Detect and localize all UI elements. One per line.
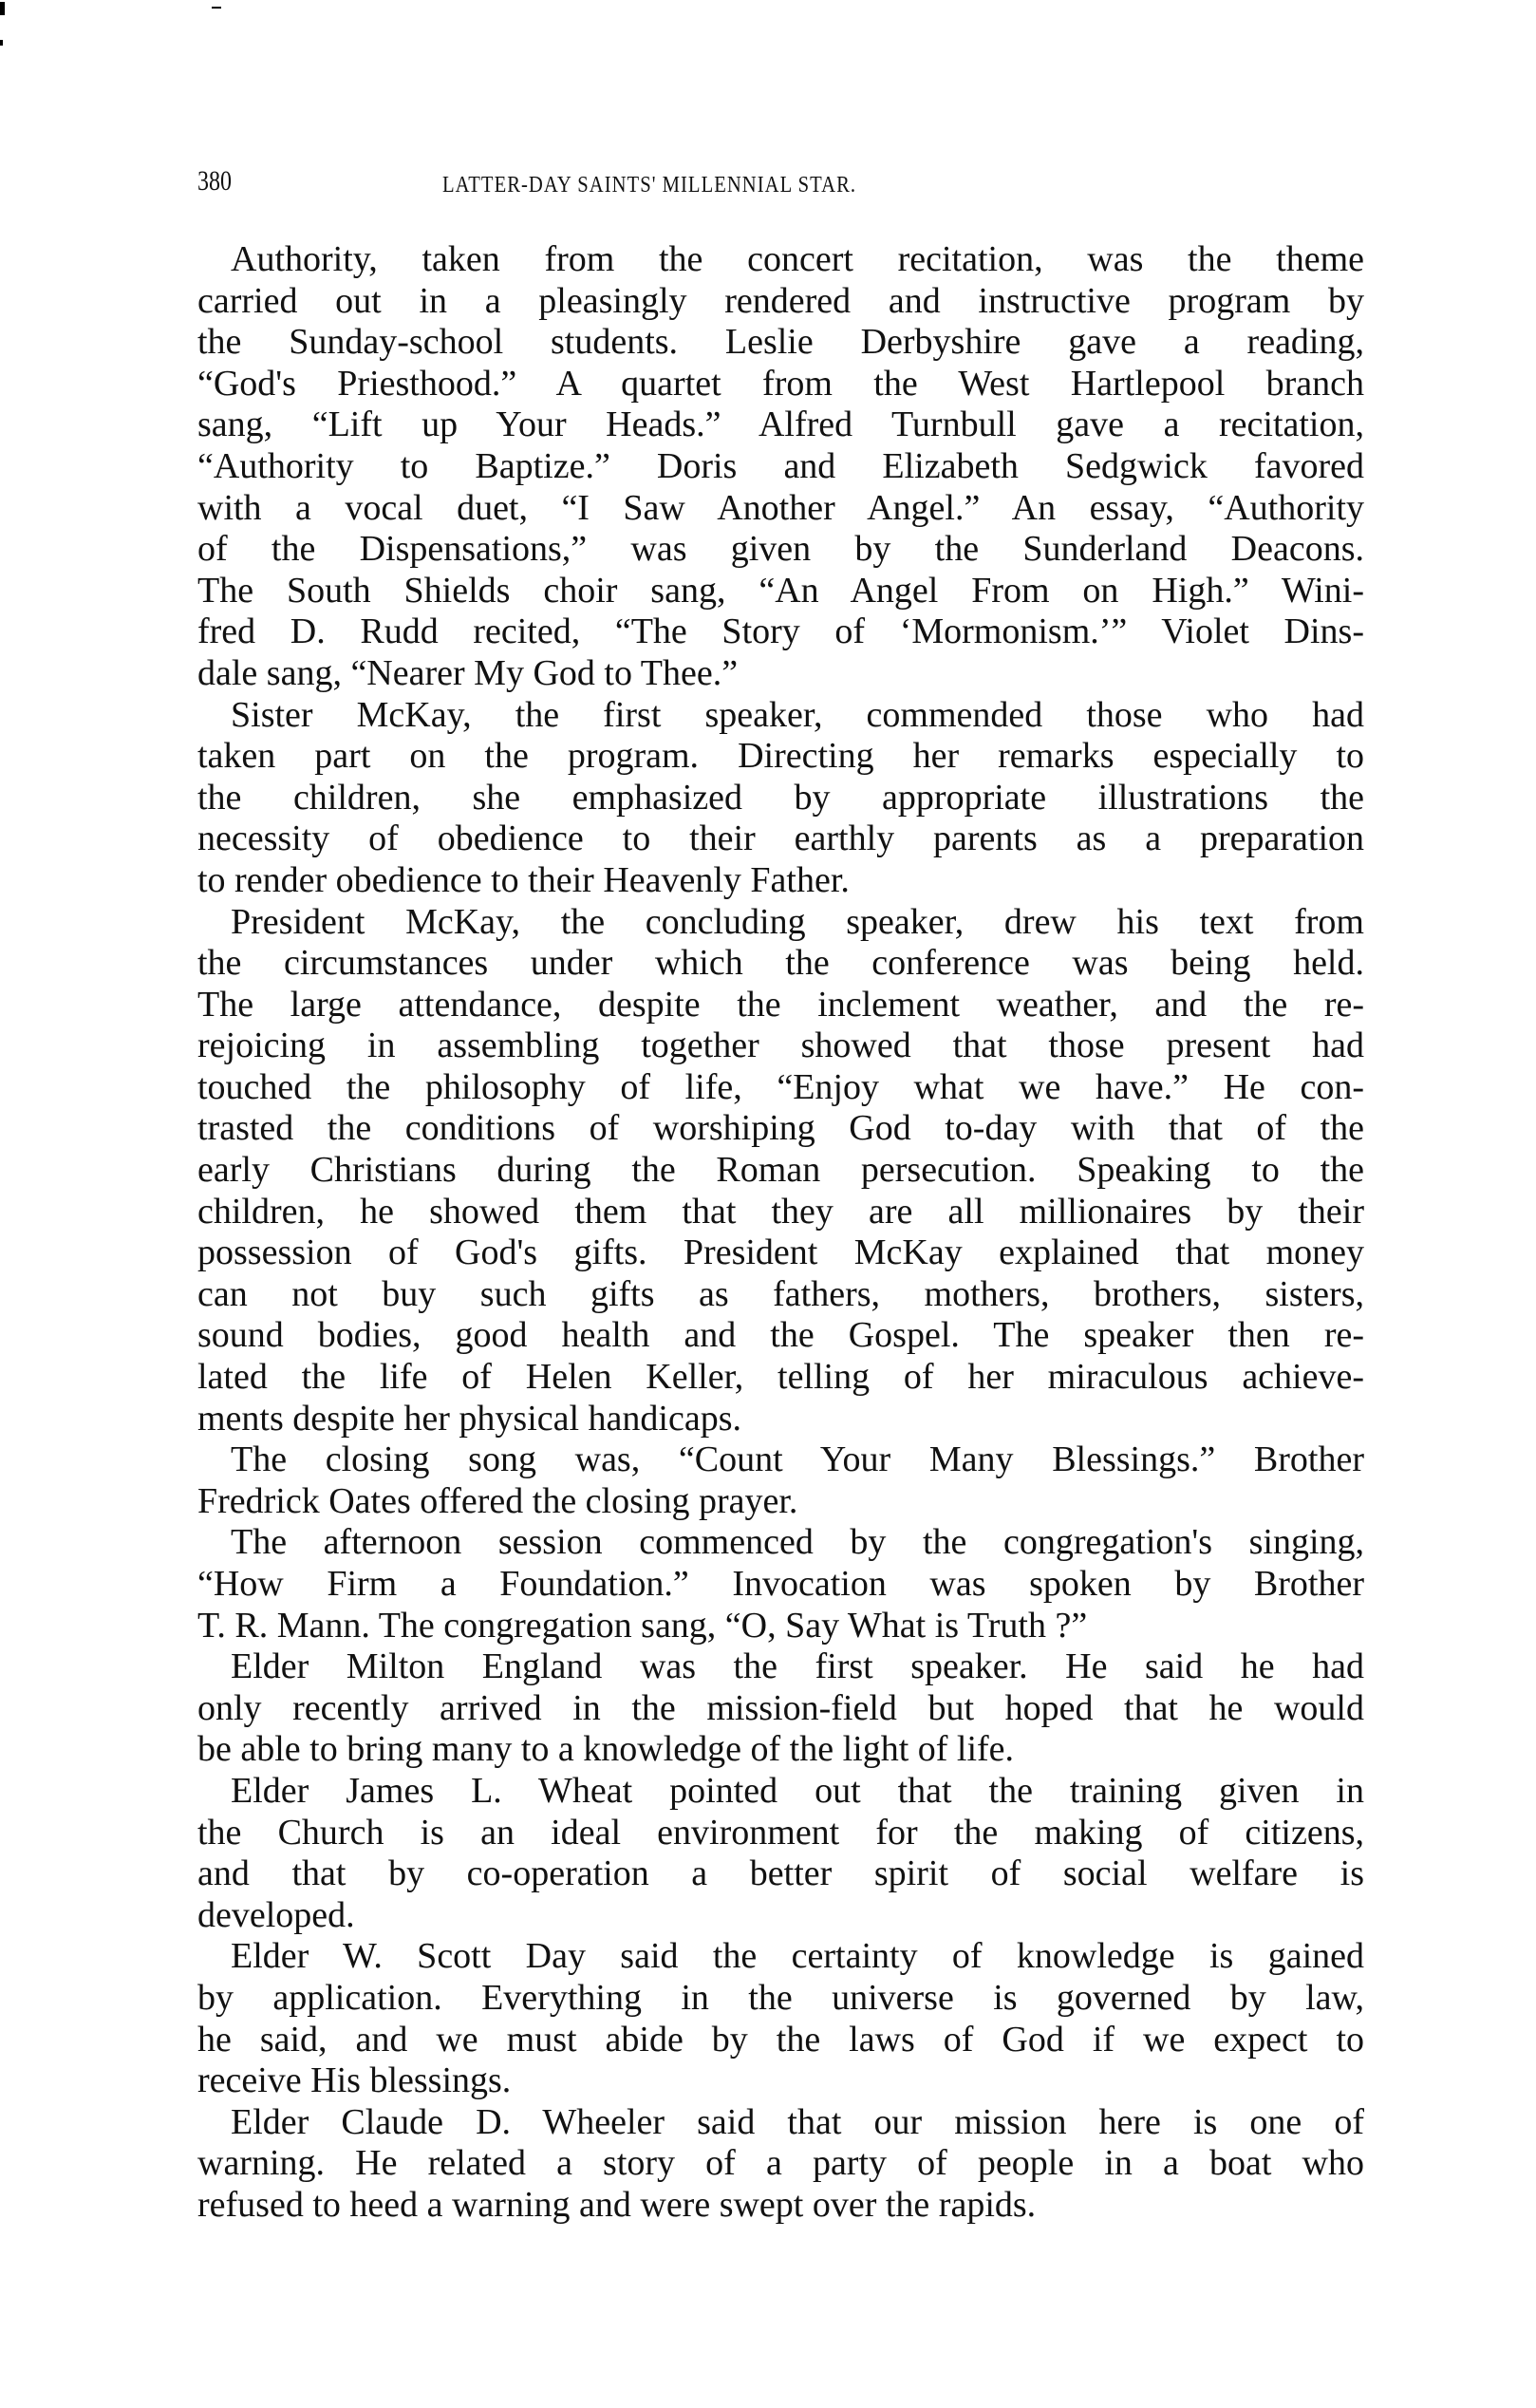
text-line: he said, and we must abide by the laws o… [197, 2020, 1364, 2061]
text-line: warning. He related a story of a party o… [197, 2143, 1364, 2185]
text-line: trasted the conditions of worshiping God… [197, 1108, 1364, 1150]
text-line: “God's Priesthood.” A quartet from the W… [197, 364, 1364, 405]
text-line: Fredrick Oates offered the closing praye… [197, 1481, 1364, 1523]
text-line: necessity of obedience to their earthly … [197, 818, 1364, 860]
text-line: to render obedience to their Heavenly Fa… [197, 860, 1364, 902]
text-line: receive His blessings. [197, 2060, 1364, 2102]
text-line: early Christians during the Roman persec… [197, 1150, 1364, 1192]
scan-artifact [0, 40, 3, 46]
paragraph: Elder Milton England was the first speak… [197, 1646, 1364, 1771]
article-body: Authority, taken from the concert recita… [197, 239, 1364, 2227]
text-line: developed. [197, 1895, 1364, 1937]
text-line: ments despite her physical handicaps. [197, 1399, 1364, 1440]
text-line: The South Shields choir sang, “An Angel … [197, 571, 1364, 612]
text-line: be able to bring many to a knowledge of … [197, 1729, 1364, 1771]
text-line: Elder W. Scott Day said the certainty of… [197, 1936, 1364, 1978]
page-number: 380 [197, 165, 232, 198]
paragraph: Authority, taken from the concert recita… [197, 239, 1364, 695]
text-line: Authority, taken from the concert recita… [197, 239, 1364, 281]
text-line: The large attendance, despite the inclem… [197, 985, 1364, 1026]
text-line: the circumstances under which the confer… [197, 943, 1364, 985]
paragraph: The closing song was, “Count Your Many B… [197, 1439, 1364, 1522]
paragraph: Elder James L. Wheat pointed out that th… [197, 1771, 1364, 1936]
text-line: T. R. Mann. The congregation sang, “O, S… [197, 1606, 1364, 1647]
text-line: taken part on the program. Directing her… [197, 736, 1364, 778]
paragraph: President McKay, the concluding speaker,… [197, 902, 1364, 1440]
text-line: rejoicing in assembling together showed … [197, 1025, 1364, 1067]
text-line: touched the philosophy of life, “Enjoy w… [197, 1067, 1364, 1109]
text-line: the Church is an ideal environment for t… [197, 1813, 1364, 1854]
text-line: only recently arrived in the mission-fie… [197, 1688, 1364, 1730]
text-line: The afternoon session commenced by the c… [197, 1522, 1364, 1564]
text-line: carried out in a pleasingly rendered and… [197, 281, 1364, 323]
text-line: with a vocal duet, “I Saw Another Angel.… [197, 488, 1364, 530]
text-line: dale sang, “Nearer My God to Thee.” [197, 653, 1364, 695]
text-line: the children, she emphasized by appropri… [197, 778, 1364, 819]
text-line: sang, “Lift up Your Heads.” Alfred Turnb… [197, 404, 1364, 446]
paragraph: Sister McKay, the first speaker, commend… [197, 695, 1364, 902]
scanned-page: 380 LATTER-DAY SAINTS' MILLENNIAL STAR. … [0, 0, 1536, 2408]
paragraph: Elder Claude D. Wheeler said that our mi… [197, 2102, 1364, 2227]
text-line: refused to heed a warning and were swept… [197, 2185, 1364, 2227]
text-line: lated the life of Helen Keller, telling … [197, 1357, 1364, 1399]
text-line: The closing song was, “Count Your Many B… [197, 1439, 1364, 1481]
text-line: President McKay, the concluding speaker,… [197, 902, 1364, 944]
scan-artifact [212, 7, 221, 9]
text-line: “Authority to Baptize.” Doris and Elizab… [197, 446, 1364, 488]
journal-title: LATTER-DAY SAINTS' MILLENNIAL STAR. [442, 171, 856, 199]
scan-artifact [0, 2, 5, 15]
paragraph: The afternoon session commenced by the c… [197, 1522, 1364, 1646]
text-line: fred D. Rudd recited, “The Story of ‘Mor… [197, 611, 1364, 653]
text-line: Elder Claude D. Wheeler said that our mi… [197, 2102, 1364, 2144]
running-head: 380 LATTER-DAY SAINTS' MILLENNIAL STAR. [197, 161, 1364, 203]
text-line: and that by co-operation a better spirit… [197, 1853, 1364, 1895]
text-line: Sister McKay, the first speaker, commend… [197, 695, 1364, 737]
text-line: by application. Everything in the univer… [197, 1978, 1364, 2020]
text-line: “How Firm a Foundation.” Invocation was … [197, 1564, 1364, 1606]
text-line: the Sunday-school students. Leslie Derby… [197, 322, 1364, 364]
text-line: can not buy such gifts as fathers, mothe… [197, 1274, 1364, 1316]
paragraph: Elder W. Scott Day said the certainty of… [197, 1936, 1364, 2101]
text-line: sound bodies, good health and the Gospel… [197, 1315, 1364, 1357]
text-line: Elder Milton England was the first speak… [197, 1646, 1364, 1688]
text-line: possession of God's gifts. President McK… [197, 1232, 1364, 1274]
text-line: children, he showed them that they are a… [197, 1192, 1364, 1233]
text-line: of the Dispensations,” was given by the … [197, 529, 1364, 571]
text-line: Elder James L. Wheat pointed out that th… [197, 1771, 1364, 1813]
